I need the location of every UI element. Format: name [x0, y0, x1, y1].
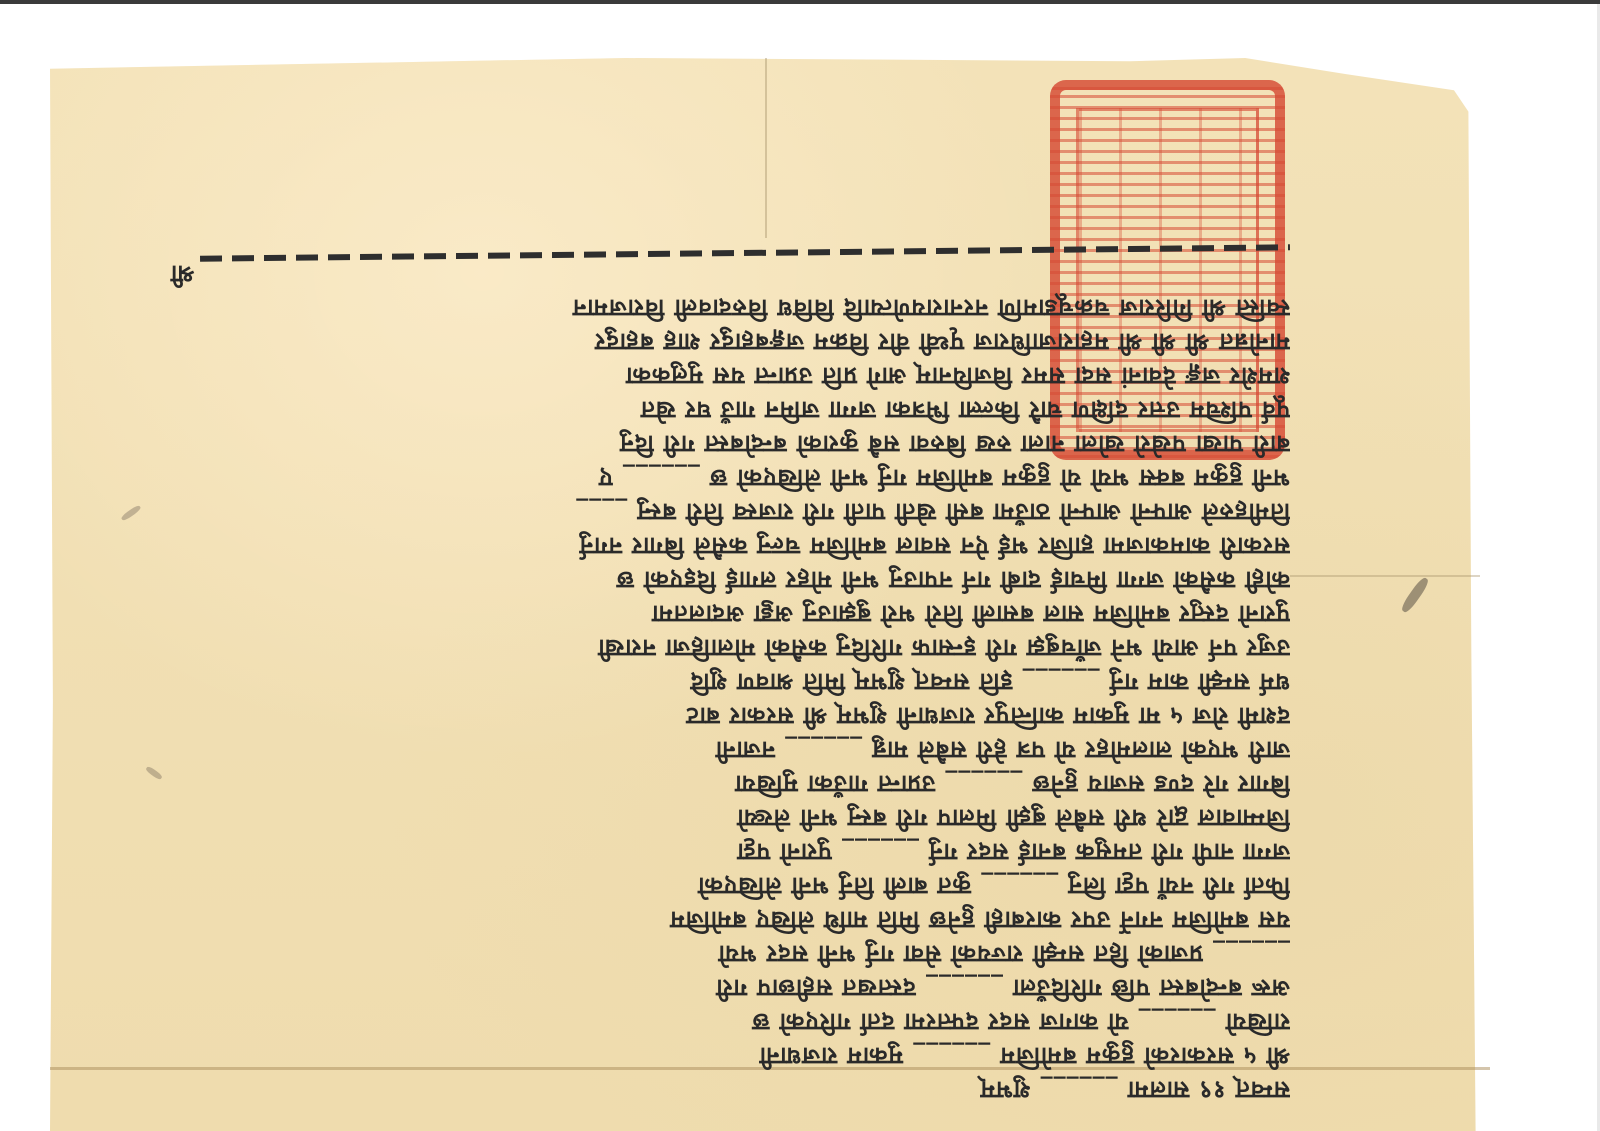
text-line: भनी हुकुम बक्स भयो यो हुकुम बमोजिम गर्नु… [170, 462, 1290, 494]
text-line: उजुर पर्न आयो भने जाँचबुझ गरी इन्साफ गरि… [170, 632, 1290, 664]
fold-crease-right [1290, 575, 1480, 577]
text-line: बिगार गरे दण्ड सजाय हुनेछ ______ उप्रान्… [170, 768, 1290, 800]
text-line: दशमी रोज ५ मा मुकाम कान्तिपुर राजधानी शु… [170, 700, 1290, 732]
text-line: बारी पाखा पखेरो खोला नाला रुख बिरुवा सबै… [170, 428, 1290, 460]
text-line: सरकारी कामकाजमा हाजिर भई ऐन सवाल बमोजिम … [170, 530, 1290, 562]
text-line: पूर्व पश्चिम उत्तर दक्षिण चारै किल्ला भि… [170, 394, 1290, 426]
text-line: सम्वत् १९ सालमा ______ शुभम् [170, 1074, 1290, 1106]
text-line: कोही कसैको जग्गा मिचाई दाबी गर्न नपाउनु … [170, 564, 1290, 596]
text-line: मानोन्नत श्री श्री श्री महाराजाधिराज पृथ… [170, 326, 1290, 358]
text-line: धर्म सम्झी काम गर्नु ______ इति सम्वत् श… [170, 666, 1290, 698]
text-line: जारी भएको लालमोहर यो पत्र हेरी सबैले मान… [170, 734, 1290, 766]
header-invocation: श्री [170, 258, 1290, 290]
text-line: अरू बन्दोबस्त पछि गरिदिउँला ______ दस्तख… [170, 972, 1290, 1004]
text-line: स्वस्ति श्री गिरिराज चक्रचूडामणि नरनाराय… [170, 292, 1290, 324]
text-line: पुरानो दस्तुर बमोजिम साल बसाली तिरो भरो … [170, 598, 1290, 630]
text-line: राखियो ______ यो कागज सदर दफ्तरमा दर्ता … [170, 1006, 1290, 1038]
text-line: जग्गा नापी गरी तमसुक बनाई सदर गर्नु ____… [170, 836, 1290, 868]
text-line: ______ प्रजाको हित सम्झी राज्यको सेवा गर… [170, 938, 1290, 970]
top-border [0, 0, 1600, 4]
text-line: जिम्मावाल द्वारे थरी सबैले बुझी मिलाप गर… [170, 802, 1290, 834]
text-line: तिमीहरुले आफ्नो आफ्नो ठाउँमा बसी खेती पा… [170, 496, 1290, 528]
text-line: यस बमोजिम नगर्ने उपर कारबाही हुनेछ मिति … [170, 904, 1290, 936]
text-line: फिर्ता गरी नयाँ पट्टा लिनु ______ कुत बा… [170, 870, 1290, 902]
manuscript-text-block: सम्वत् १९ सालमा ______ शुभम् श्री ५ सरका… [170, 196, 1290, 1106]
text-line: श्री ५ सरकारको हुकुम बमोजिम ______ मुकाम… [170, 1040, 1290, 1072]
text-line: शमशेर जङ्ग देवानां सदा समर विजयिनाम् आगे… [170, 360, 1290, 392]
